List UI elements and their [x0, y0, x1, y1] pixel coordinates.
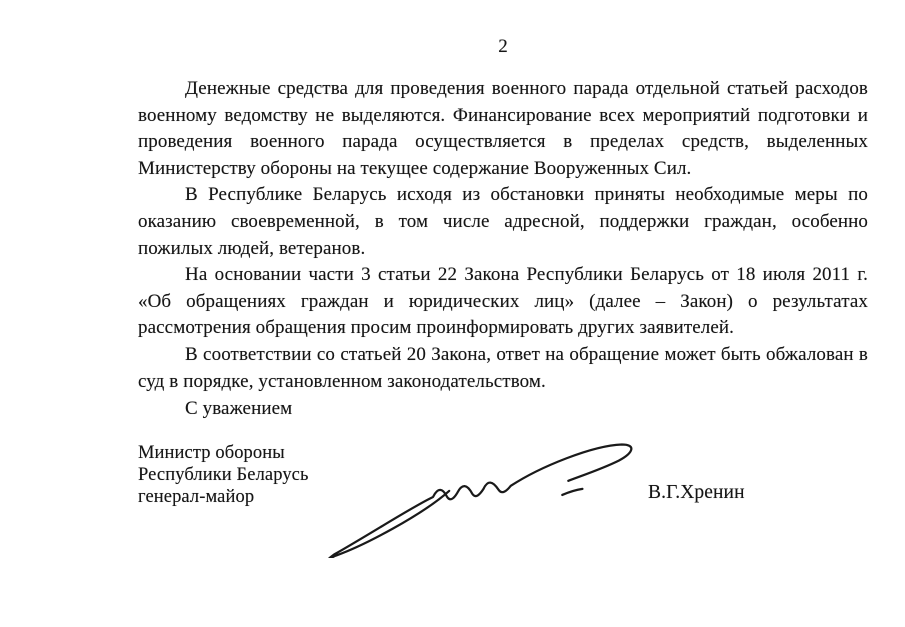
document-page: 2 Денежные средства для проведения военн…: [0, 0, 905, 627]
handwritten-signature-icon: [326, 442, 641, 558]
signature-block: Министр обороны Республики Беларусь гене…: [138, 442, 868, 572]
signer-title-line-2: Республики Беларусь: [138, 464, 309, 486]
closing-salutation: С уважением: [138, 396, 868, 423]
signer-titles: Министр обороны Республики Беларусь гене…: [138, 442, 309, 508]
signer-title-line-3: генерал-майор: [138, 486, 309, 508]
paragraph-support-measures: В Республике Беларусь исходя из обстанов…: [138, 182, 868, 262]
paragraph-law-article-20: В соответствии со статьей 20 Закона, отв…: [138, 342, 868, 395]
signer-name: В.Г.Хренин: [648, 480, 745, 507]
paragraph-funding: Денежные средства для проведения военног…: [138, 76, 868, 182]
page-number: 2: [138, 34, 868, 60]
signer-title-line-1: Министр обороны: [138, 442, 309, 464]
paragraph-law-article-22: На основании части 3 статьи 22 Закона Ре…: [138, 262, 868, 342]
document-body: Денежные средства для проведения военног…: [138, 76, 868, 572]
